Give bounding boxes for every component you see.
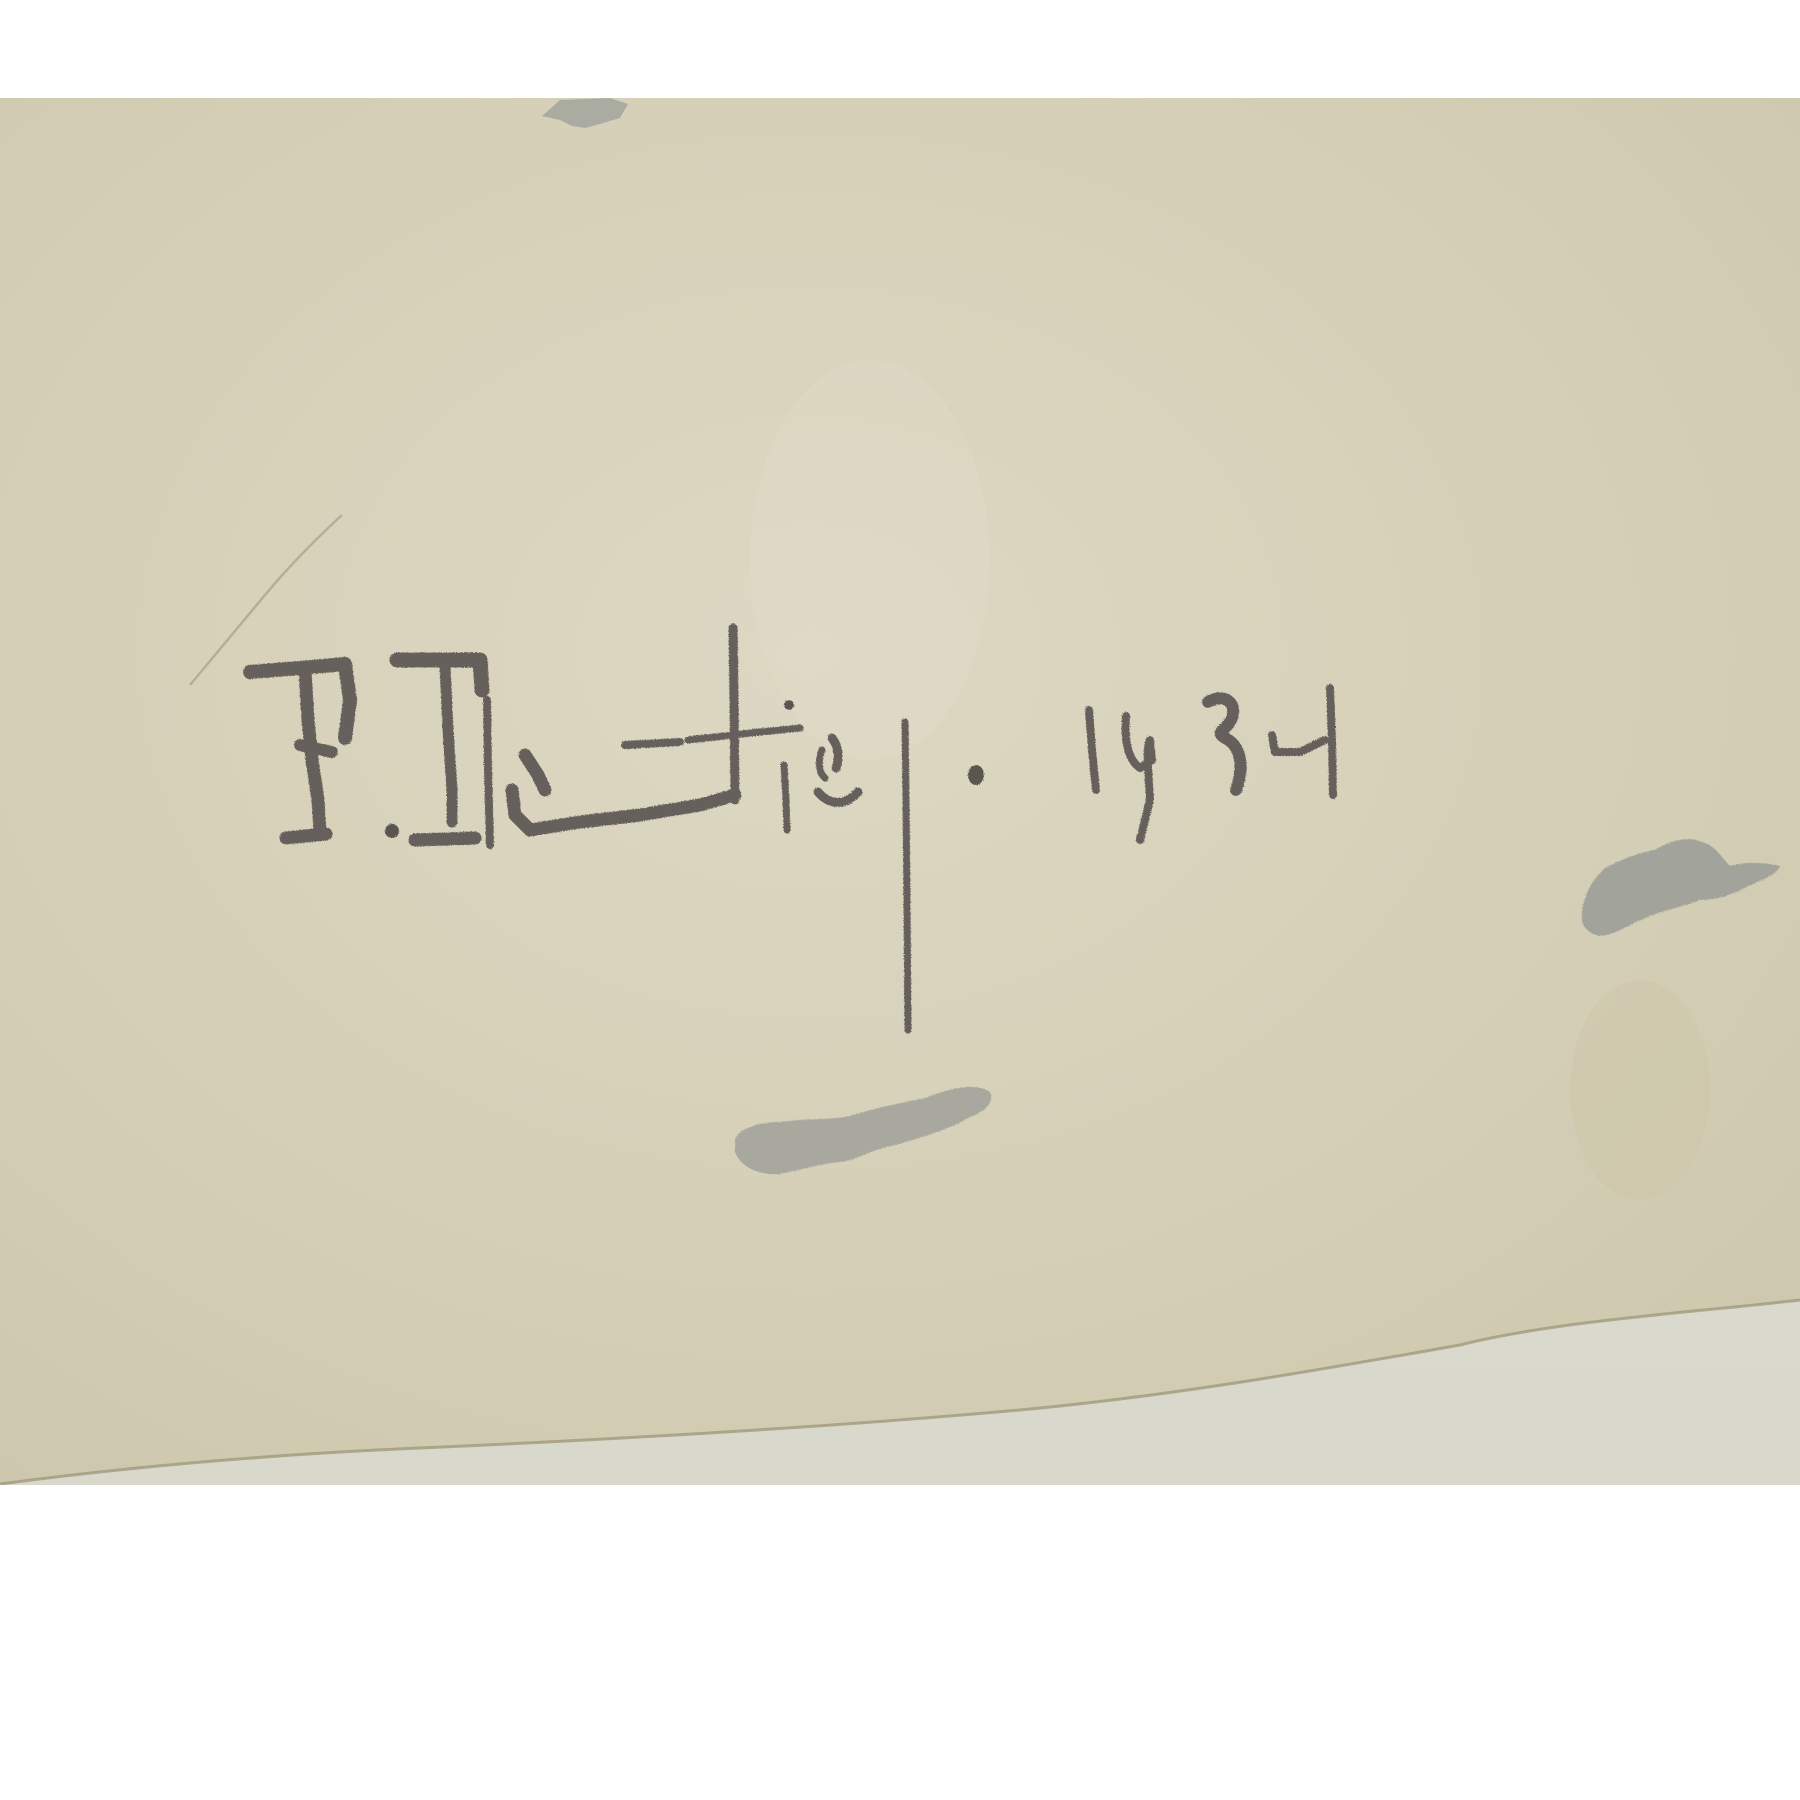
paper-sheet <box>0 98 1800 1484</box>
signature-letter-t <box>733 628 735 800</box>
signature-letter-i <box>784 765 787 830</box>
artwork-photo: P. Dentiey. 1934 <box>0 98 1800 1485</box>
signature-letter-y <box>905 722 908 1030</box>
faint-stain <box>750 360 990 760</box>
faint-stain <box>1570 980 1710 1200</box>
signature-period <box>968 765 984 785</box>
signature-dot <box>385 824 399 838</box>
